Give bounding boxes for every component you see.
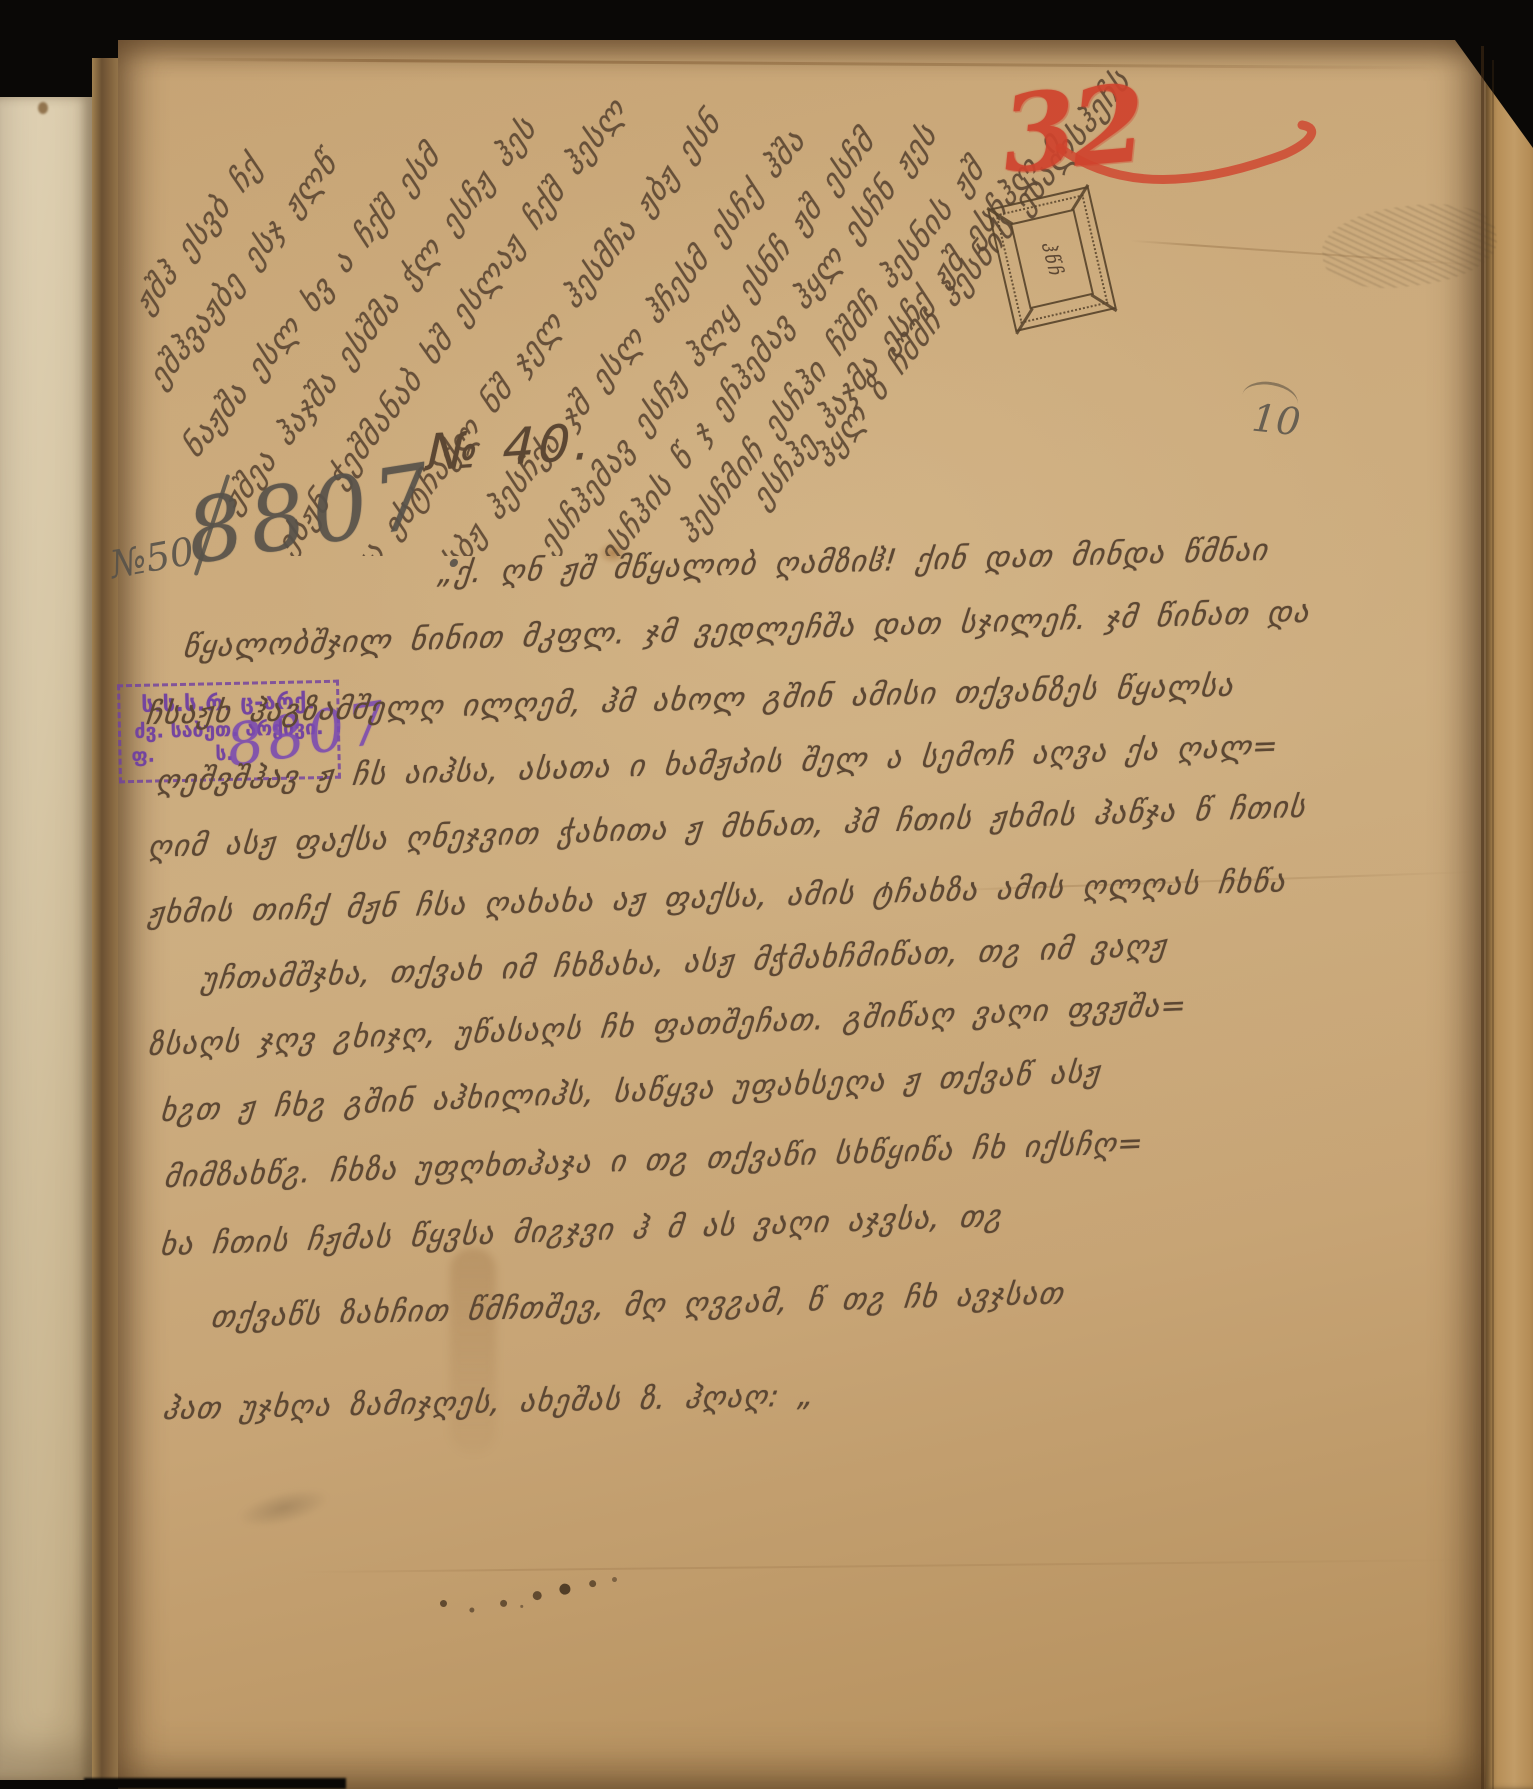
seal-scribble-glyphs: ჰწჩ (1037, 239, 1067, 279)
binding-gutter (92, 58, 120, 1780)
page-fold-line-2 (1492, 60, 1494, 1789)
manuscript-page-scan: ჟშჰ ესვბ ჩქ ეშჰვაჟბე ესჯ ჟლწ ნაჟშა ესლ ხ… (0, 0, 1533, 1789)
archive-stamp-field-f: ფ. (131, 745, 155, 767)
red-number-tail-flourish (1050, 118, 1345, 203)
page-fold-line (1481, 46, 1484, 1789)
pencil-mark-top-right: 10 (1250, 396, 1303, 445)
book-page-edge-strip (0, 97, 92, 1780)
stain-streak (450, 1248, 496, 1453)
bottom-left-background-sliver (84, 1778, 346, 1789)
document-number: № 40. (426, 412, 595, 482)
paper-fleck (38, 102, 48, 114)
